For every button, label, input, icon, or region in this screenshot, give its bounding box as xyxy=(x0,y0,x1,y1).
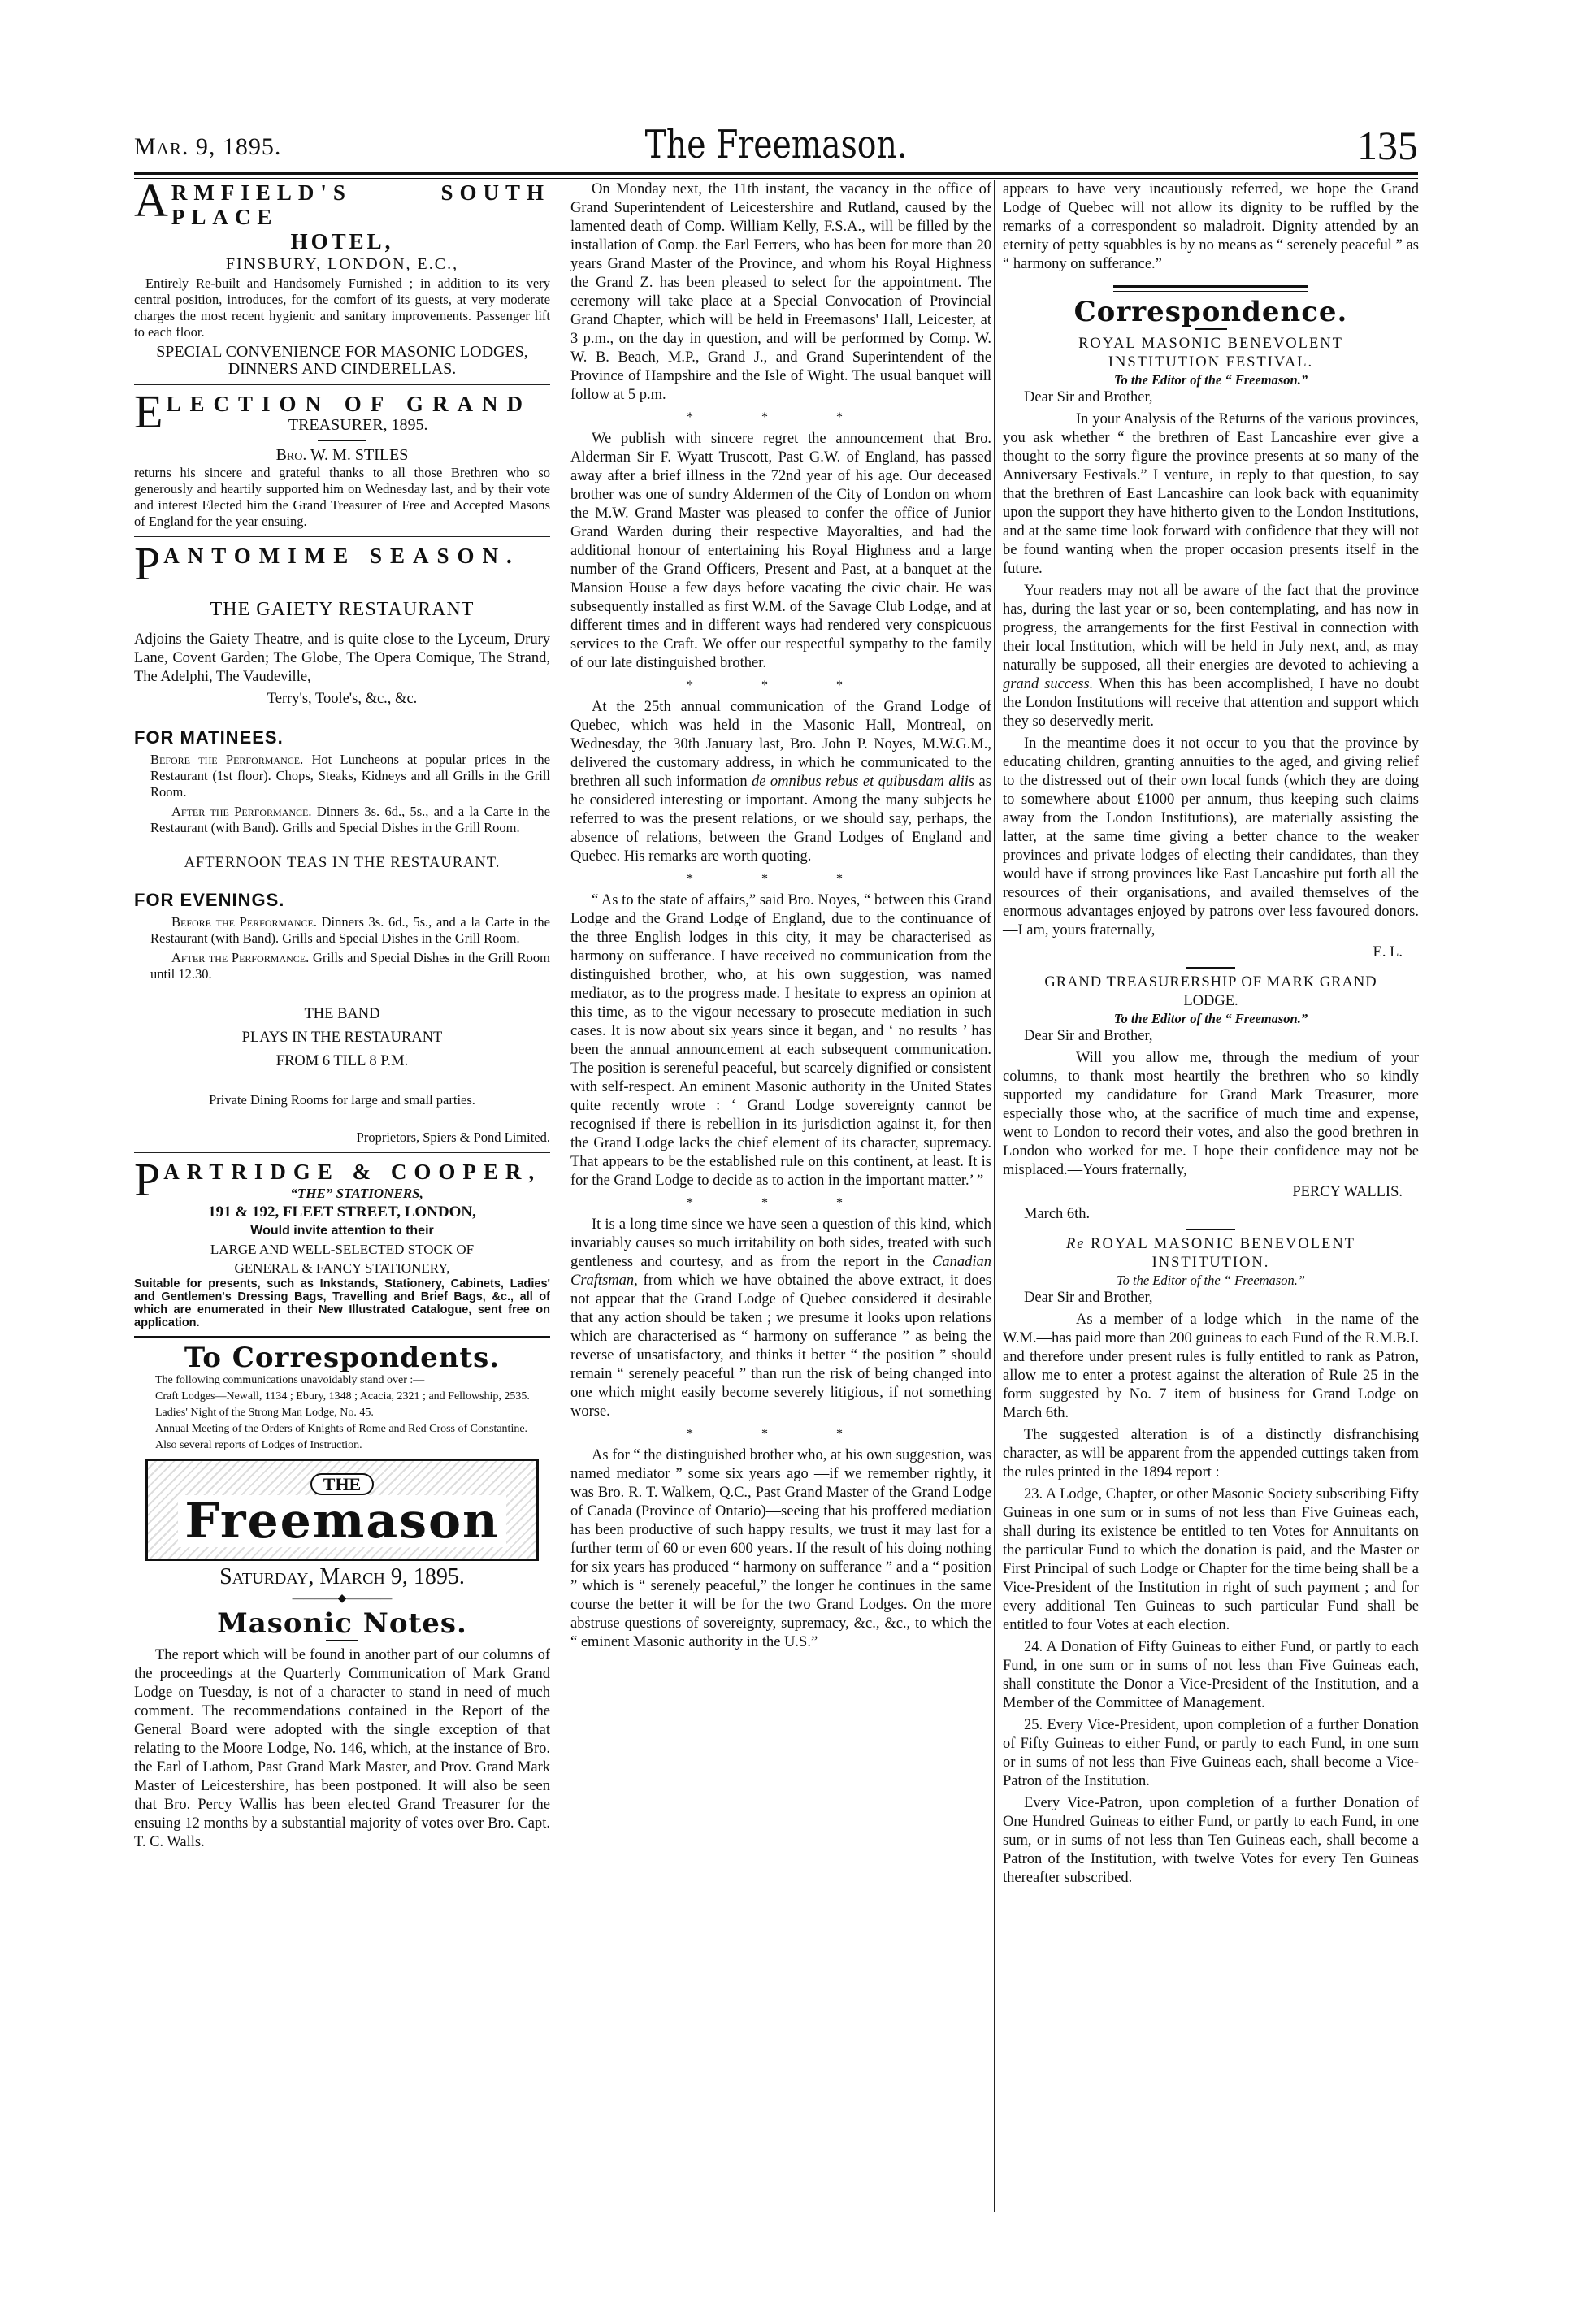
masthead: Mar. 9, 1895. The Freemason. 135 xyxy=(134,122,1418,167)
label: After the Performance. xyxy=(171,804,312,819)
partridge-sub: “THE” STATIONERS, xyxy=(134,1184,550,1203)
restaurant-location-end: Terry's, Toole's, &c., &c. xyxy=(134,690,550,709)
to-editor: To the Editor of the “ Freemason.” xyxy=(1003,1011,1419,1027)
salutation: Dear Sir and Brother, xyxy=(1003,1289,1419,1307)
left-column: A RMFIELD'S SOUTH PLACE HOTEL, FINSBURY,… xyxy=(134,180,550,2212)
evenings-before: Before the Performance. Dinners 3s. 6d.,… xyxy=(134,914,550,947)
to-correspondents-heading: To Correspondents. xyxy=(134,1349,550,1368)
diamond-rule-icon: ————◆———— xyxy=(134,1589,550,1608)
rule-25: 25. Every Vice-President, upon completio… xyxy=(1003,1716,1419,1791)
rule-25-continued: Every Vice-Patron, upon completion of a … xyxy=(1003,1794,1419,1888)
divider xyxy=(326,1640,358,1641)
partridge-body: Suitable for presents, such as Inkstands… xyxy=(134,1277,550,1329)
armfield-heading: A RMFIELD'S SOUTH PLACE xyxy=(134,180,550,229)
latin-phrase: de omnibus rebus et quibusdam aliis xyxy=(752,774,974,790)
emphasis: grand success. xyxy=(1003,676,1093,692)
freemason-logo: THE Freemason xyxy=(145,1459,539,1561)
article-paragraph: It is a long time since we have seen a q… xyxy=(570,1216,991,1421)
divider xyxy=(1186,1229,1235,1230)
restaurant-name: THE GAIETY RESTAURANT xyxy=(134,601,550,619)
letter-rmbi-festival: ROYAL MASONIC BENEVOLENT INSTITUTION FES… xyxy=(1003,335,1419,962)
to-editor: To the Editor of the “ Freemason.” xyxy=(1003,372,1419,388)
divider xyxy=(1113,285,1308,292)
heading-text: LECTION OF GRAND xyxy=(166,392,531,416)
evenings-heading: FOR EVENINGS. xyxy=(134,891,550,909)
band-line-2: PLAYS IN THE RESTAURANT xyxy=(134,1029,550,1047)
election-body: returns his sincere and grateful thanks … xyxy=(134,465,550,530)
rule-23: 23. A Lodge, Chapter, or other Masonic S… xyxy=(1003,1485,1419,1635)
partridge-stock: LARGE AND WELL-SELECTED STOCK OF xyxy=(134,1240,550,1259)
text: , from which we have obtained the above … xyxy=(570,1273,991,1420)
text: Your readers may not all be aware of the… xyxy=(1003,583,1419,674)
newspaper-title: The Freemason. xyxy=(249,122,1303,167)
letter-title: LODGE. xyxy=(1003,992,1419,1011)
election-advert: E LECTION OF GRAND TREASURER, 1895. Bro.… xyxy=(134,392,550,530)
letter-rmbi: Re ROYAL MASONIC BENEVOLENT INSTITUTION.… xyxy=(1003,1235,1419,1888)
election-name: Bro. W. M. STILES xyxy=(134,446,550,465)
afternoon-teas: AFTERNOON TEAS IN THE RESTAURANT. xyxy=(134,854,550,873)
divider xyxy=(134,1152,550,1153)
logo-name: Freemason xyxy=(178,1495,505,1547)
drop-cap: P xyxy=(134,544,160,584)
partridge-invite: Would invite attention to their xyxy=(134,1221,550,1240)
asterism-separator: * * * xyxy=(570,1424,991,1443)
text: It is a long time since we have seen a q… xyxy=(570,1216,991,1270)
newspaper-page: Mar. 9, 1895. The Freemason. 135 A RMFIE… xyxy=(134,122,1418,179)
asterism-separator: * * * xyxy=(570,408,991,427)
letter-mark-treasurership: GRAND TREASURERSHIP OF MARK GRAND LODGE.… xyxy=(1003,973,1419,1224)
band-line-3: FROM 6 TILL 8 P.M. xyxy=(134,1052,550,1071)
armfield-body: Entirely Re-built and Handsomely Furnish… xyxy=(134,275,550,340)
salutation: Dear Sir and Brother, xyxy=(1003,1027,1419,1046)
armfield-special: SPECIAL CONVENIENCE FOR MASONIC LODGES, xyxy=(134,344,550,361)
correspondents-item: Annual Meeting of the Orders of Knights … xyxy=(134,1423,550,1436)
article-paragraph: As for “ the distinguished brother who, … xyxy=(570,1446,991,1652)
to-correspondents: To Correspondents. The following communi… xyxy=(134,1349,550,1452)
letter-paragraph: In the meantime does it not occur to you… xyxy=(1003,735,1419,940)
letter-title: INSTITUTION FESTIVAL. xyxy=(1003,353,1419,372)
text: ROYAL MASONIC BENEVOLENT xyxy=(1091,1236,1355,1252)
re-prefix: Re xyxy=(1066,1236,1086,1252)
article-paragraph: On Monday next, the 11th instant, the va… xyxy=(570,180,991,405)
matinees-heading: FOR MATINEES. xyxy=(134,728,550,747)
asterism-separator: * * * xyxy=(570,676,991,695)
partridge-advert: P ARTRIDGE & COOPER, “THE” STATIONERS, 1… xyxy=(134,1160,550,1329)
partridge-heading: P ARTRIDGE & COOPER, xyxy=(134,1160,550,1184)
private-dining: Private Dining Rooms for large and small… xyxy=(134,1092,550,1108)
letter-paragraph: Will you allow me, through the medium of… xyxy=(1003,1049,1419,1180)
armfield-heading2: HOTEL, xyxy=(134,229,550,254)
evenings-after: After the Performance. Grills and Specia… xyxy=(134,950,550,982)
correspondents-item: Also several reports of Lodges of Instru… xyxy=(134,1439,550,1452)
pantomime-advert: P ANTOMIME SEASON. THE GAIETY RESTAURANT… xyxy=(134,544,550,1146)
armfield-location: FINSBURY, LONDON, E.C., xyxy=(134,255,550,274)
heading-text: RMFIELD'S SOUTH PLACE xyxy=(171,180,550,229)
asterism-separator: * * * xyxy=(570,1194,991,1212)
salutation: Dear Sir and Brother, xyxy=(1003,388,1419,407)
letter-paragraph: As a member of a lodge which—in the name… xyxy=(1003,1311,1419,1423)
correspondents-item: Ladies' Night of the Strong Man Lodge, N… xyxy=(134,1407,550,1420)
divider xyxy=(134,384,550,385)
dateline: Saturday, March 9, 1895. xyxy=(134,1567,550,1586)
page-number: 135 xyxy=(1357,122,1418,169)
drop-cap: E xyxy=(134,392,163,432)
proprietors: Proprietors, Spiers & Pond Limited. xyxy=(134,1129,550,1146)
heading-text: ANTOMIME SEASON. xyxy=(163,544,520,568)
correspondents-intro: The following communications unavoidably… xyxy=(134,1374,550,1387)
letter-paragraph: In your Analysis of the Returns of the v… xyxy=(1003,410,1419,579)
to-editor: To the Editor of the “ Freemason.” xyxy=(1003,1273,1419,1289)
divider xyxy=(1186,967,1235,969)
correspondence-heading: Correspondence. xyxy=(1003,303,1419,322)
matinees-after: After the Performance. Dinners 3s. 6d., … xyxy=(134,804,550,836)
middle-column: On Monday next, the 11th instant, the va… xyxy=(562,180,991,2212)
band-line-1: THE BAND xyxy=(134,1005,550,1024)
signature: PERCY WALLIS. xyxy=(1003,1183,1419,1202)
masonic-notes-body: The report which will be found in anothe… xyxy=(134,1646,550,1852)
partridge-address: 191 & 192, FLEET STREET, LONDON, xyxy=(134,1203,550,1221)
label: Before the Performance. xyxy=(171,914,317,930)
letter-title: INSTITUTION. xyxy=(1003,1254,1419,1273)
article-paragraph: appears to have very incautiously referr… xyxy=(1003,180,1419,274)
armfield-advert: A RMFIELD'S SOUTH PLACE HOTEL, FINSBURY,… xyxy=(134,180,550,378)
divider xyxy=(1195,328,1227,330)
masthead-rule xyxy=(134,172,1418,179)
columns: A RMFIELD'S SOUTH PLACE HOTEL, FINSBURY,… xyxy=(134,180,1418,2212)
drop-cap: P xyxy=(134,1160,160,1200)
masonic-notes-heading: Masonic Notes. xyxy=(134,1615,550,1633)
heading-text: ARTRIDGE & COOPER, xyxy=(163,1160,541,1184)
article-paragraph: “ As to the state of affairs,” said Bro.… xyxy=(570,891,991,1190)
label: After the Performance. xyxy=(171,950,309,965)
article-paragraph: At the 25th annual communication of the … xyxy=(570,698,991,866)
letter-title: Re ROYAL MASONIC BENEVOLENT xyxy=(1003,1235,1419,1254)
letter-paragraph: Your readers may not all be aware of the… xyxy=(1003,582,1419,731)
drop-cap: A xyxy=(134,180,168,221)
election-heading: E LECTION OF GRAND xyxy=(134,392,550,416)
partridge-stock2: GENERAL & FANCY STATIONERY, xyxy=(134,1259,550,1277)
pantomime-heading: P ANTOMIME SEASON. xyxy=(134,544,550,568)
correspondents-item: Craft Lodges—Newall, 1134 ; Ebury, 1348 … xyxy=(134,1390,550,1403)
article-paragraph: We publish with sincere regret the annou… xyxy=(570,430,991,673)
logo-the: THE xyxy=(310,1473,374,1495)
letter-paragraph: The suggested alteration is of a distinc… xyxy=(1003,1426,1419,1482)
letter-title: GRAND TREASURERSHIP OF MARK GRAND xyxy=(1003,973,1419,992)
signature: E. L. xyxy=(1003,943,1419,962)
divider xyxy=(134,536,550,537)
rule-24: 24. A Donation of Fifty Guineas to eithe… xyxy=(1003,1638,1419,1713)
armfield-special2: DINNERS AND CINDERELLAS. xyxy=(134,361,550,378)
election-subheading: TREASURER, 1895. xyxy=(134,416,550,435)
matinees-before: Before the Performance. Hot Luncheons at… xyxy=(134,752,550,800)
label: Before the Performance. xyxy=(150,752,303,767)
letter-date: March 6th. xyxy=(1003,1205,1419,1224)
divider xyxy=(318,440,366,441)
restaurant-location: Adjoins the Gaiety Theatre, and is quite… xyxy=(134,631,550,687)
right-column: appears to have very incautiously referr… xyxy=(994,180,1419,2212)
asterism-separator: * * * xyxy=(570,869,991,888)
letter-title: ROYAL MASONIC BENEVOLENT xyxy=(1003,335,1419,353)
